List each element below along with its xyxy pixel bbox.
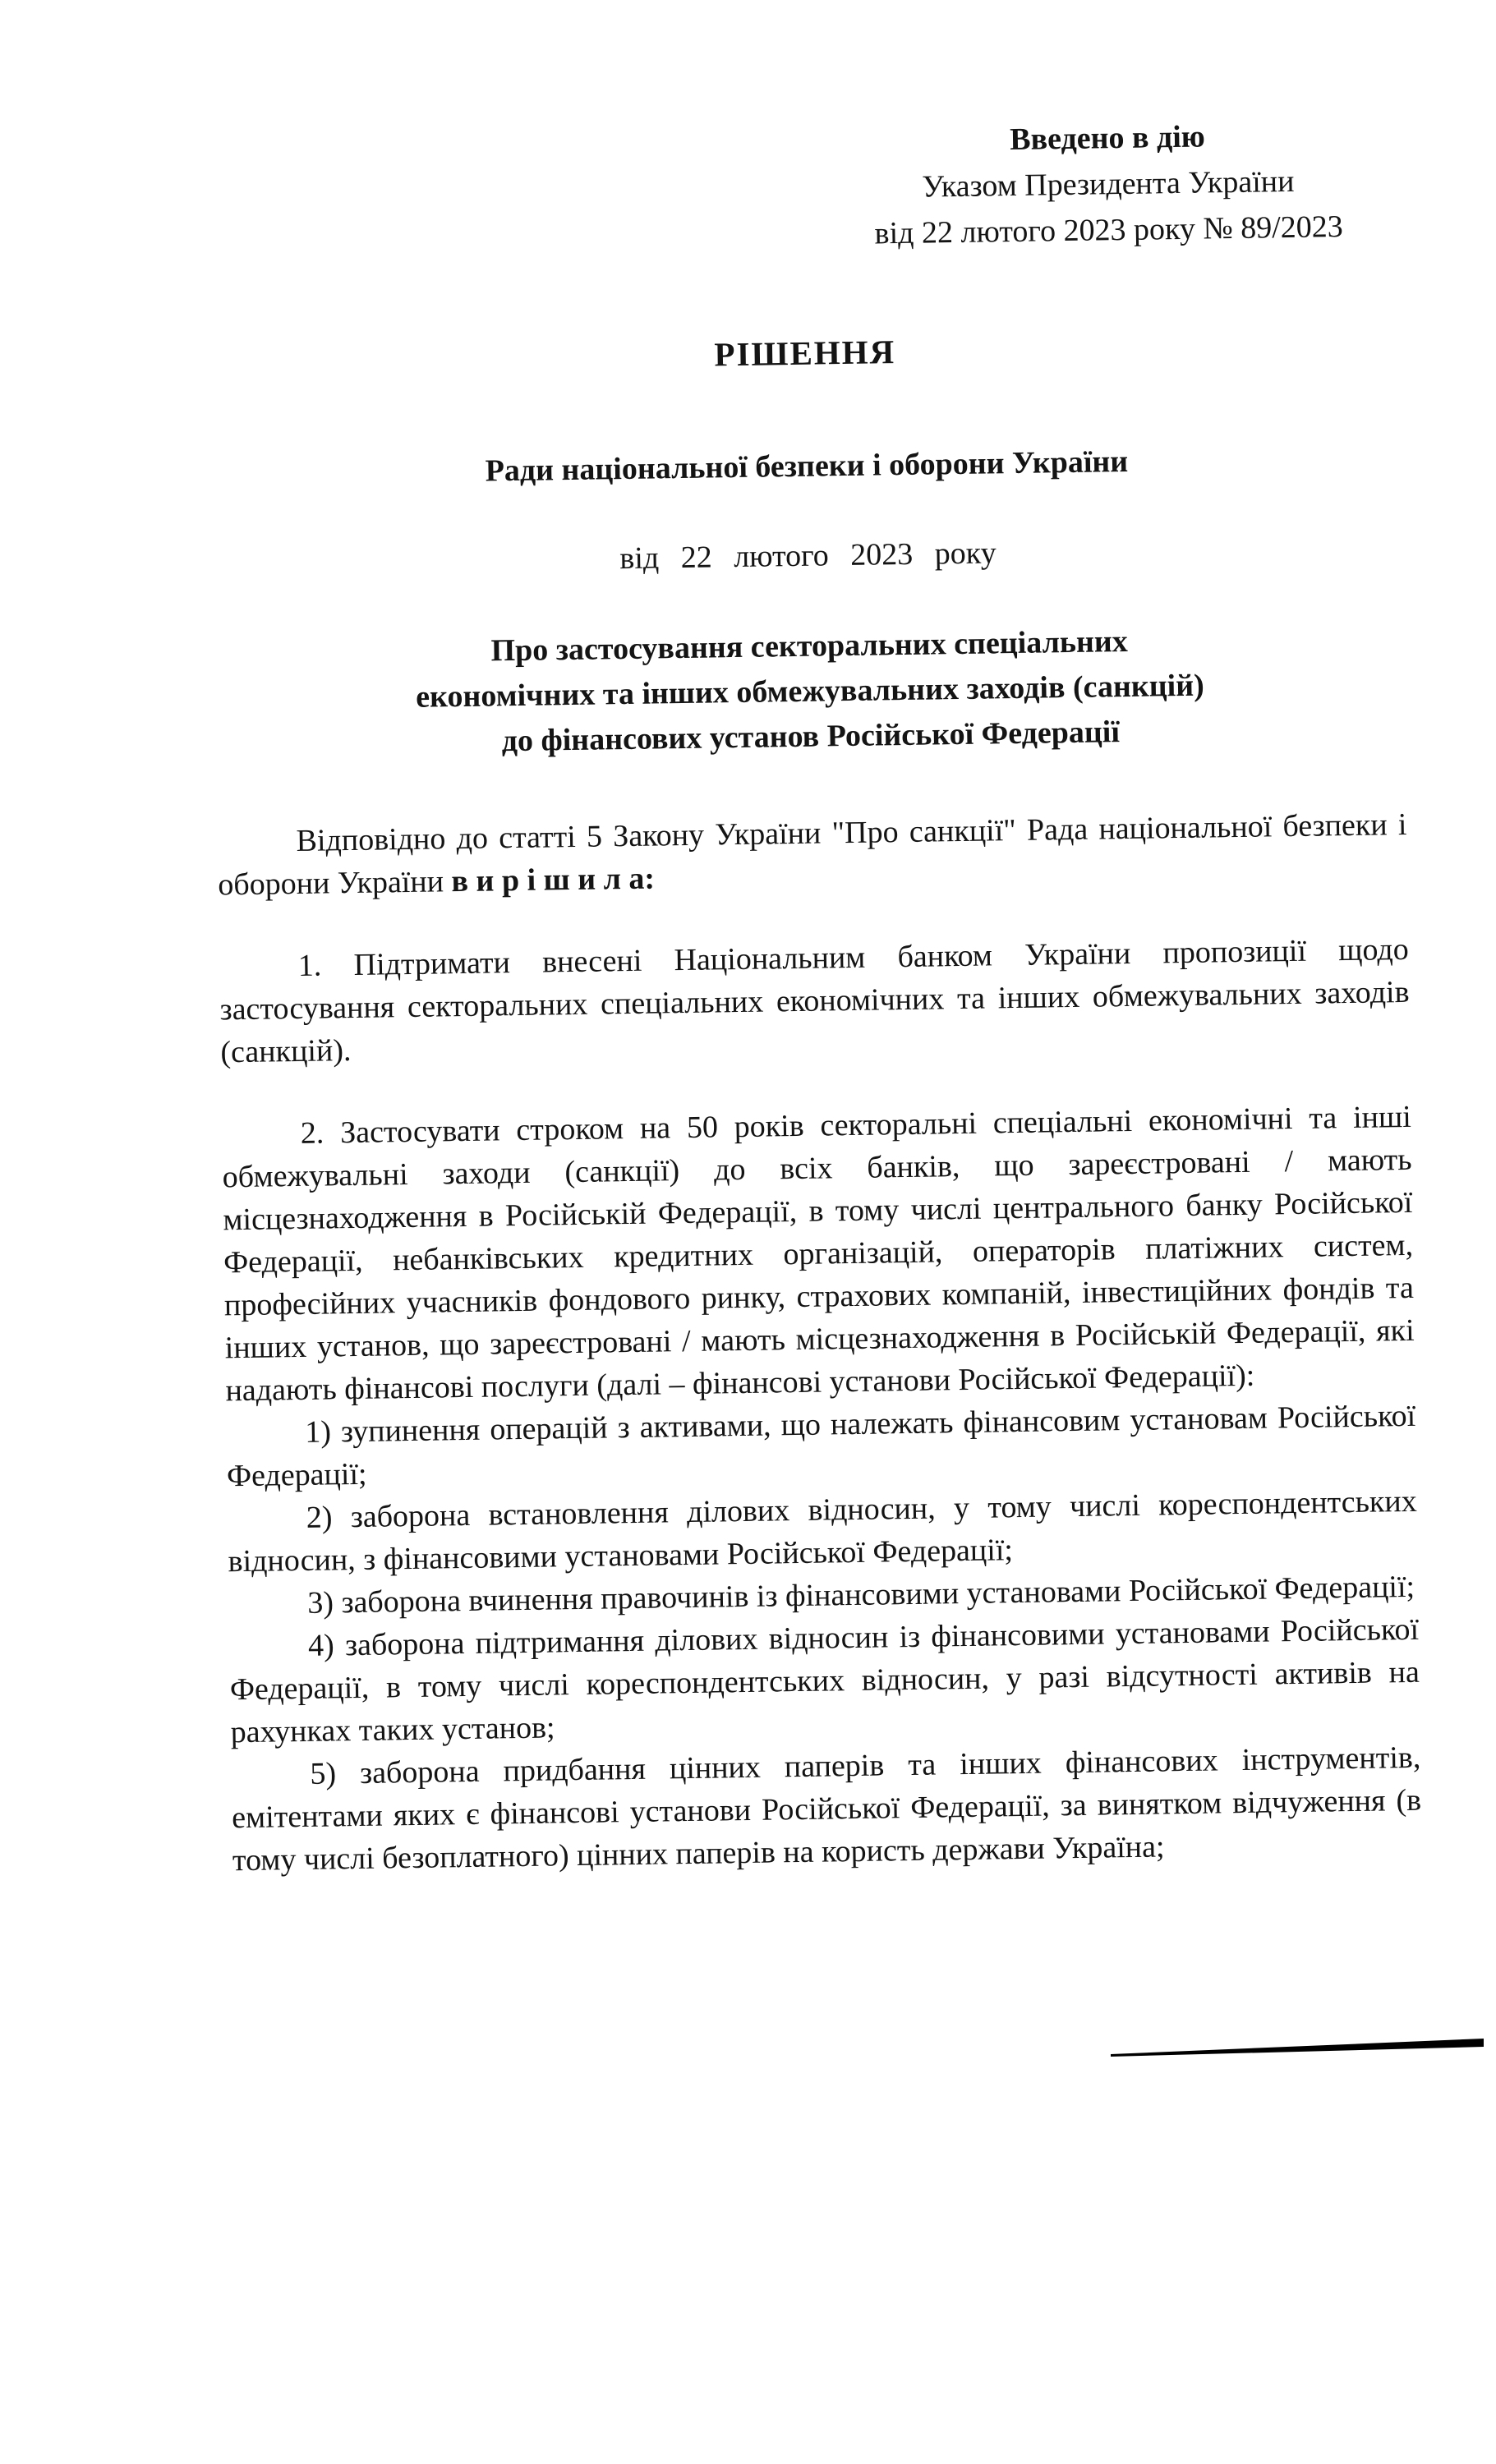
preamble-text: Відповідно до статті 5 Закону України "П… <box>218 807 1407 902</box>
decision-subitem-5: 5) заборона придбання цінних паперів та … <box>231 1736 1422 1882</box>
subject-title: Про застосування секторальних спеціальни… <box>214 615 1406 768</box>
decision-item-1: 1. Підтримати внесені Національним банко… <box>219 928 1410 1073</box>
enactment-line: Введено в дію <box>836 111 1379 165</box>
issuing-authority: Ради національної безпеки і оборони Укра… <box>212 436 1402 497</box>
decision-item-2: 2. Застосувати строком на 50 років секто… <box>222 1096 1415 1412</box>
enactment-block: Введено в дію Указом Президента України … <box>836 111 1380 257</box>
decision-date: від 22 лютого 2023 року <box>213 526 1403 586</box>
scanned-document-page: Введено в дію Указом Президента України … <box>0 0 1496 2464</box>
enactment-line: Указом Президента України <box>836 157 1379 211</box>
preamble-paragraph: Відповідно до статті 5 Закону України "П… <box>217 803 1407 906</box>
enactment-line: від 22 лютого 2023 року № 89/2023 <box>837 203 1380 257</box>
document-content: Введено в дію Указом Президента України … <box>207 111 1423 1882</box>
document-title: РІШЕННЯ <box>210 321 1401 384</box>
preamble-emphasis: в и р і ш и л а: <box>451 862 655 899</box>
decision-subitem-4: 4) заборона підтримання ділових відносин… <box>229 1608 1420 1754</box>
scan-line-artifact <box>1109 2029 1484 2065</box>
